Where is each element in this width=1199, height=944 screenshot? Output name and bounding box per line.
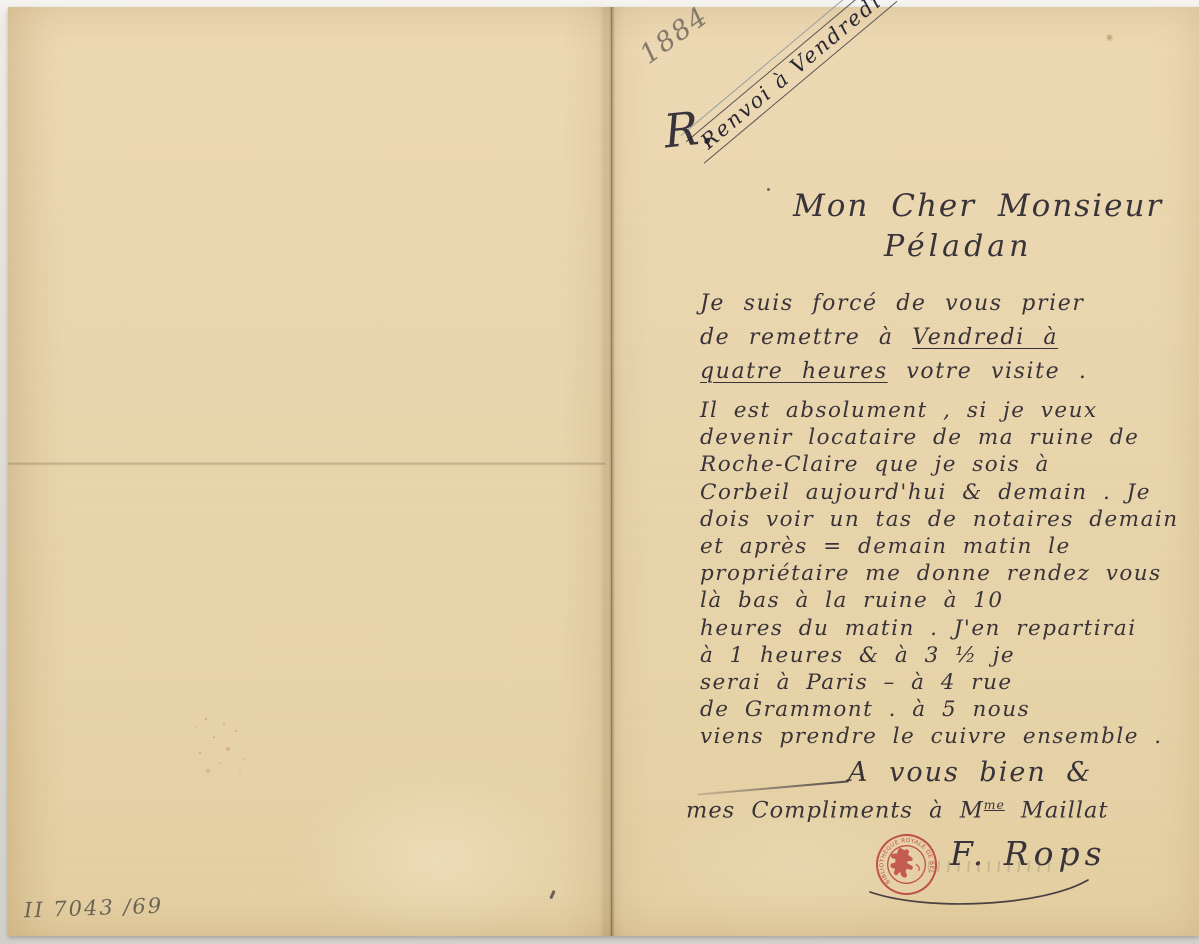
letter-body: Je suis forcé de vous prierde remettre à…: [700, 287, 1194, 751]
letter-line: et après = demain matin le: [700, 533, 1194, 560]
horizontal-fold-crease: [8, 461, 605, 466]
letter-line: à 1 heures & à 3 ½ je: [700, 642, 1194, 669]
letter-line: heures du matin . J'en repartirai: [700, 615, 1194, 642]
letter-line: quatre heures votre visite .: [700, 355, 1194, 389]
foxing-spot: [1106, 33, 1113, 42]
letter-line: Roche-Claire que je sois à: [700, 451, 1194, 478]
letter-line: Il est absolument , si je veux: [700, 397, 1194, 424]
letter-line: mes Compliments à Mme Maillat: [686, 791, 1194, 825]
paper-watermark: [300, 770, 570, 944]
letter-line: propriétaire me donne rendez vous: [700, 560, 1194, 587]
letter-line: viens prendre le cuivre ensemble .: [700, 723, 1194, 750]
catalog-number: II 7043 /69: [24, 894, 164, 923]
letter-line: serai à Paris – à 4 rue: [700, 669, 1194, 696]
registrar-initial: R.: [661, 100, 716, 159]
vertical-fold-crease: [600, 7, 624, 936]
letter-line: devenir locataire de ma ruine de: [700, 424, 1194, 451]
compliments-line: mes Compliments à Mme Maillat: [686, 791, 1194, 825]
letter-paragraph-2: Il est absolument , si je veuxdevenir lo…: [700, 397, 1194, 751]
letter-line: de Grammont . à 5 nous: [700, 696, 1194, 723]
letter-line: Je suis forcé de vous prier: [700, 287, 1194, 321]
letter-line: là bas à la ruine à 10: [700, 587, 1194, 614]
ink-speck: [767, 188, 770, 191]
letter-line: Corbeil aujourd'hui & demain . Je: [700, 479, 1194, 506]
letter-line: de remettre à Vendredi à: [700, 321, 1194, 355]
letter-line: dois voir un tas de notaires demain: [700, 506, 1194, 533]
red-speckle-smudge: [205, 718, 207, 720]
letter-scan: 1884 Renvoi à Vendredi R. Mon Cher Monsi…: [0, 0, 1199, 944]
salutation-line1: Mon Cher Monsieur: [793, 188, 1163, 224]
letter-paragraph-1: Je suis forcé de vous prierde remettre à…: [700, 287, 1194, 389]
faint-pencil-marks: [928, 861, 1050, 872]
closing-line: A vous bien &: [848, 757, 1092, 788]
salutation-line2: Péladan: [884, 229, 1032, 264]
